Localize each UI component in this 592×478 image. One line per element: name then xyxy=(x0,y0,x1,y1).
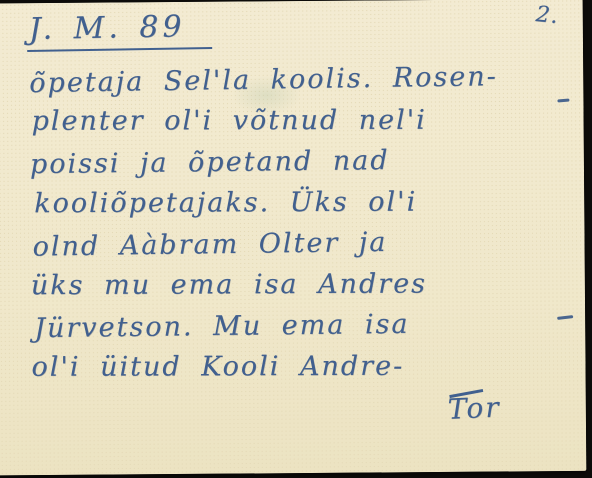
index-card: 2. J. M. 89 õpetaja Sel'la koolis. Rosen… xyxy=(0,0,586,475)
handwritten-line: plenter ol'i võtnud nel'i xyxy=(30,99,570,141)
handwritten-line: Jürvetson. Mu ema isa xyxy=(31,302,571,349)
handwritten-line: üks mu ema isa Andres xyxy=(31,263,571,306)
page-number: 2. xyxy=(535,2,560,29)
card-heading: J. M. 89 xyxy=(27,9,212,52)
handwritten-line: poissi ja õpetand nad xyxy=(30,138,570,185)
parish-signature: Tor xyxy=(447,391,501,426)
handwritten-line: kooliõpetajaks. Üks ol'i xyxy=(30,181,570,224)
handwritten-line: õpetaja Sel'la koolis. Rosen- xyxy=(29,55,570,104)
handwritten-line: ol'i üitud Kooli Andre- xyxy=(31,345,571,387)
handwritten-line: olnd Aàbram Olter ja xyxy=(30,220,570,268)
scan-backdrop: 2. J. M. 89 õpetaja Sel'la koolis. Rosen… xyxy=(0,0,592,478)
handwritten-text-block: õpetaja Sel'la koolis. Rosen- plenter ol… xyxy=(29,57,572,389)
